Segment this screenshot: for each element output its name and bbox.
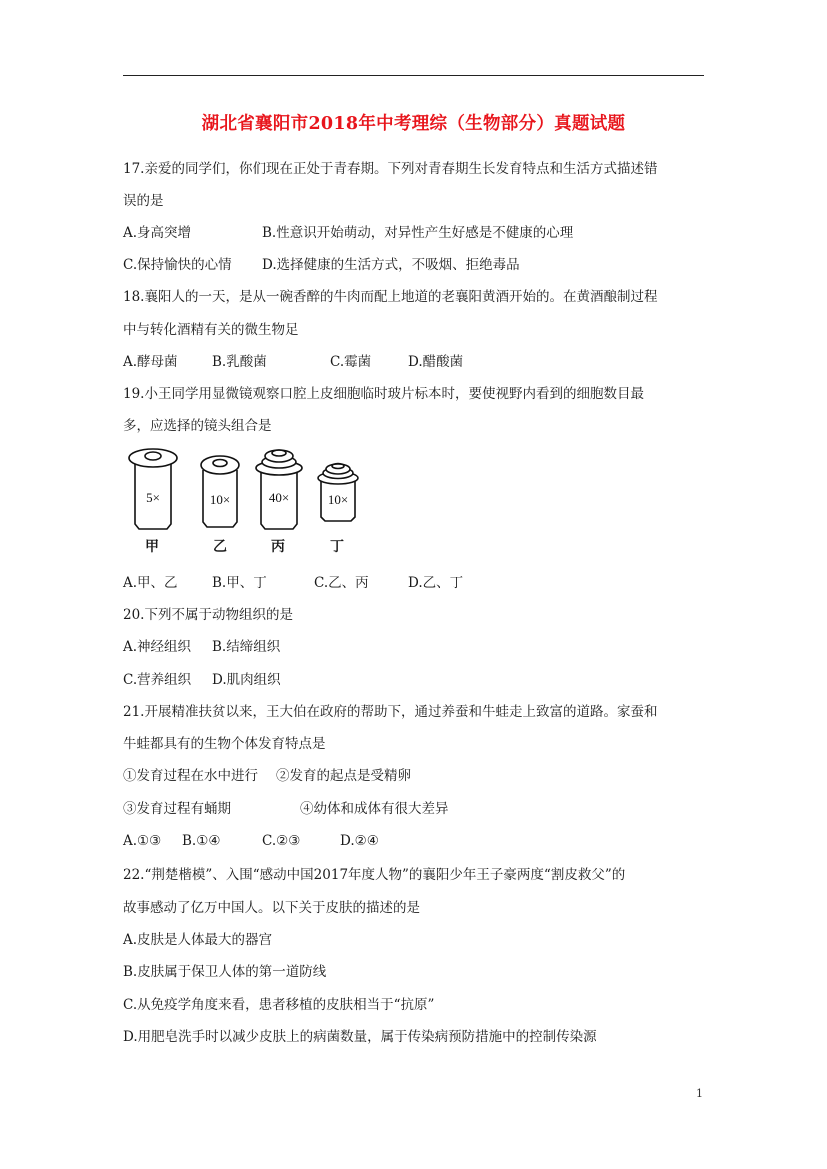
q17-option-d: D.选择健康的生活方式，不吸烟、拒绝毒品 — [262, 256, 520, 274]
q21-stem-line1: 21.开展精准扶贫以来，王大伯在政府的帮助下，通过养蚕和牛蛙走上致富的道路。家蚕… — [123, 703, 657, 721]
q20-option-c: C.营养组织 — [123, 671, 191, 689]
q22-option-b: B.皮肤属于保卫人体的第一道防线 — [123, 963, 326, 981]
q19-option-a: A.甲、乙 — [123, 574, 178, 592]
lens-drawings: 5× 10× 40× 10× — [123, 440, 373, 540]
lens-label-yi: 乙 — [213, 536, 227, 556]
q21-statement-1: ①发育过程在水中进行 — [123, 767, 258, 785]
q18-option-c: C.霉菌 — [330, 353, 371, 371]
q18-option-d: D.醋酸菌 — [408, 353, 463, 371]
header-rule — [123, 75, 704, 76]
q19-stem-line1: 19.小王同学用显微镜观察口腔上皮细胞临时玻片标本时，要使视野内看到的细胞数目最 — [123, 385, 644, 403]
lens-label-jia: 甲 — [145, 536, 159, 556]
q22-stem-line2: 故事感动了亿万中国人。以下关于皮肤的描述的是 — [123, 899, 420, 917]
q21-statement-2: ②发育的起点是受精卵 — [276, 767, 411, 785]
lens-yi-magnification: 10× — [210, 492, 230, 507]
q20-option-a: A.神经组织 — [123, 638, 191, 656]
q21-option-c: C.②③ — [262, 832, 300, 850]
q19-option-c: C.乙、丙 — [314, 574, 369, 592]
q18-stem-line1: 18.襄阳人的一天，是从一碗香醉的牛肉而配上地道的老襄阳黄酒开始的。在黄酒酿制过… — [123, 288, 657, 306]
q20-option-b: B.结缔组织 — [212, 638, 280, 656]
q21-option-d: D.②④ — [340, 832, 379, 850]
lens-label-ding: 丁 — [330, 536, 344, 556]
lens-ding-magnification: 10× — [328, 492, 348, 507]
q17-option-c: C.保持愉快的心情 — [123, 256, 232, 274]
q17-option-a: A.身高突增 — [123, 224, 191, 242]
page-number: 1 — [696, 1087, 703, 1100]
q18-stem-line2: 中与转化酒精有关的微生物足 — [123, 321, 299, 339]
q21-statement-4: ④幼体和成体有很大差异 — [300, 800, 449, 818]
q17-stem-line1: 17.亲爱的同学们，你们现在正处于青春期。下列对青春期生长发育特点和生活方式描述… — [123, 160, 657, 178]
q19-stem-line2: 多，应选择的镜头组合是 — [123, 417, 272, 435]
q17-stem-line2: 误的是 — [123, 192, 164, 210]
q18-option-b: B.乳酸菌 — [212, 353, 267, 371]
lens-jia-magnification: 5× — [146, 490, 160, 505]
q20-option-d: D.肌肉组织 — [212, 671, 281, 689]
q19-option-b: B.甲、丁 — [212, 574, 267, 592]
q18-option-a: A.酵母菌 — [123, 353, 178, 371]
lens-label-bing: 丙 — [271, 536, 285, 556]
q21-option-a: A.①③ — [123, 832, 161, 850]
q17-option-b: B.性意识开始萌动，对异性产生好感是不健康的心理 — [262, 224, 573, 242]
microscope-lens-figure: 5× 10× 40× 10× 甲 乙 丙 丁 — [123, 440, 373, 560]
q19-option-d: D.乙、丁 — [408, 574, 463, 592]
q21-option-b: B.①④ — [182, 832, 220, 850]
q21-stem-line2: 牛蛙都具有的生物个体发育特点是 — [123, 735, 326, 753]
document-title: 湖北省襄阳市2018年中考理综（生物部分）真题试题 — [0, 110, 827, 135]
q22-option-a: A.皮肤是人体最大的器宫 — [123, 931, 272, 949]
q22-option-d: D.用肥皂洗手时以减少皮肤上的病菌数量，属于传染病预防措施中的控制传染源 — [123, 1028, 597, 1046]
q22-option-c: C.从免疫学角度来看，患者移植的皮肤相当于“抗原” — [123, 996, 434, 1014]
q21-statement-3: ③发育过程有蛹期 — [123, 800, 231, 818]
q22-stem-line1: 22.“荆楚楷模”、入围“感动中国2017年度人物”的襄阳少年王子豪两度“割皮救… — [123, 866, 625, 884]
q20-stem: 20.下列不属于动物组织的是 — [123, 606, 293, 624]
lens-bing-magnification: 40× — [269, 490, 289, 505]
